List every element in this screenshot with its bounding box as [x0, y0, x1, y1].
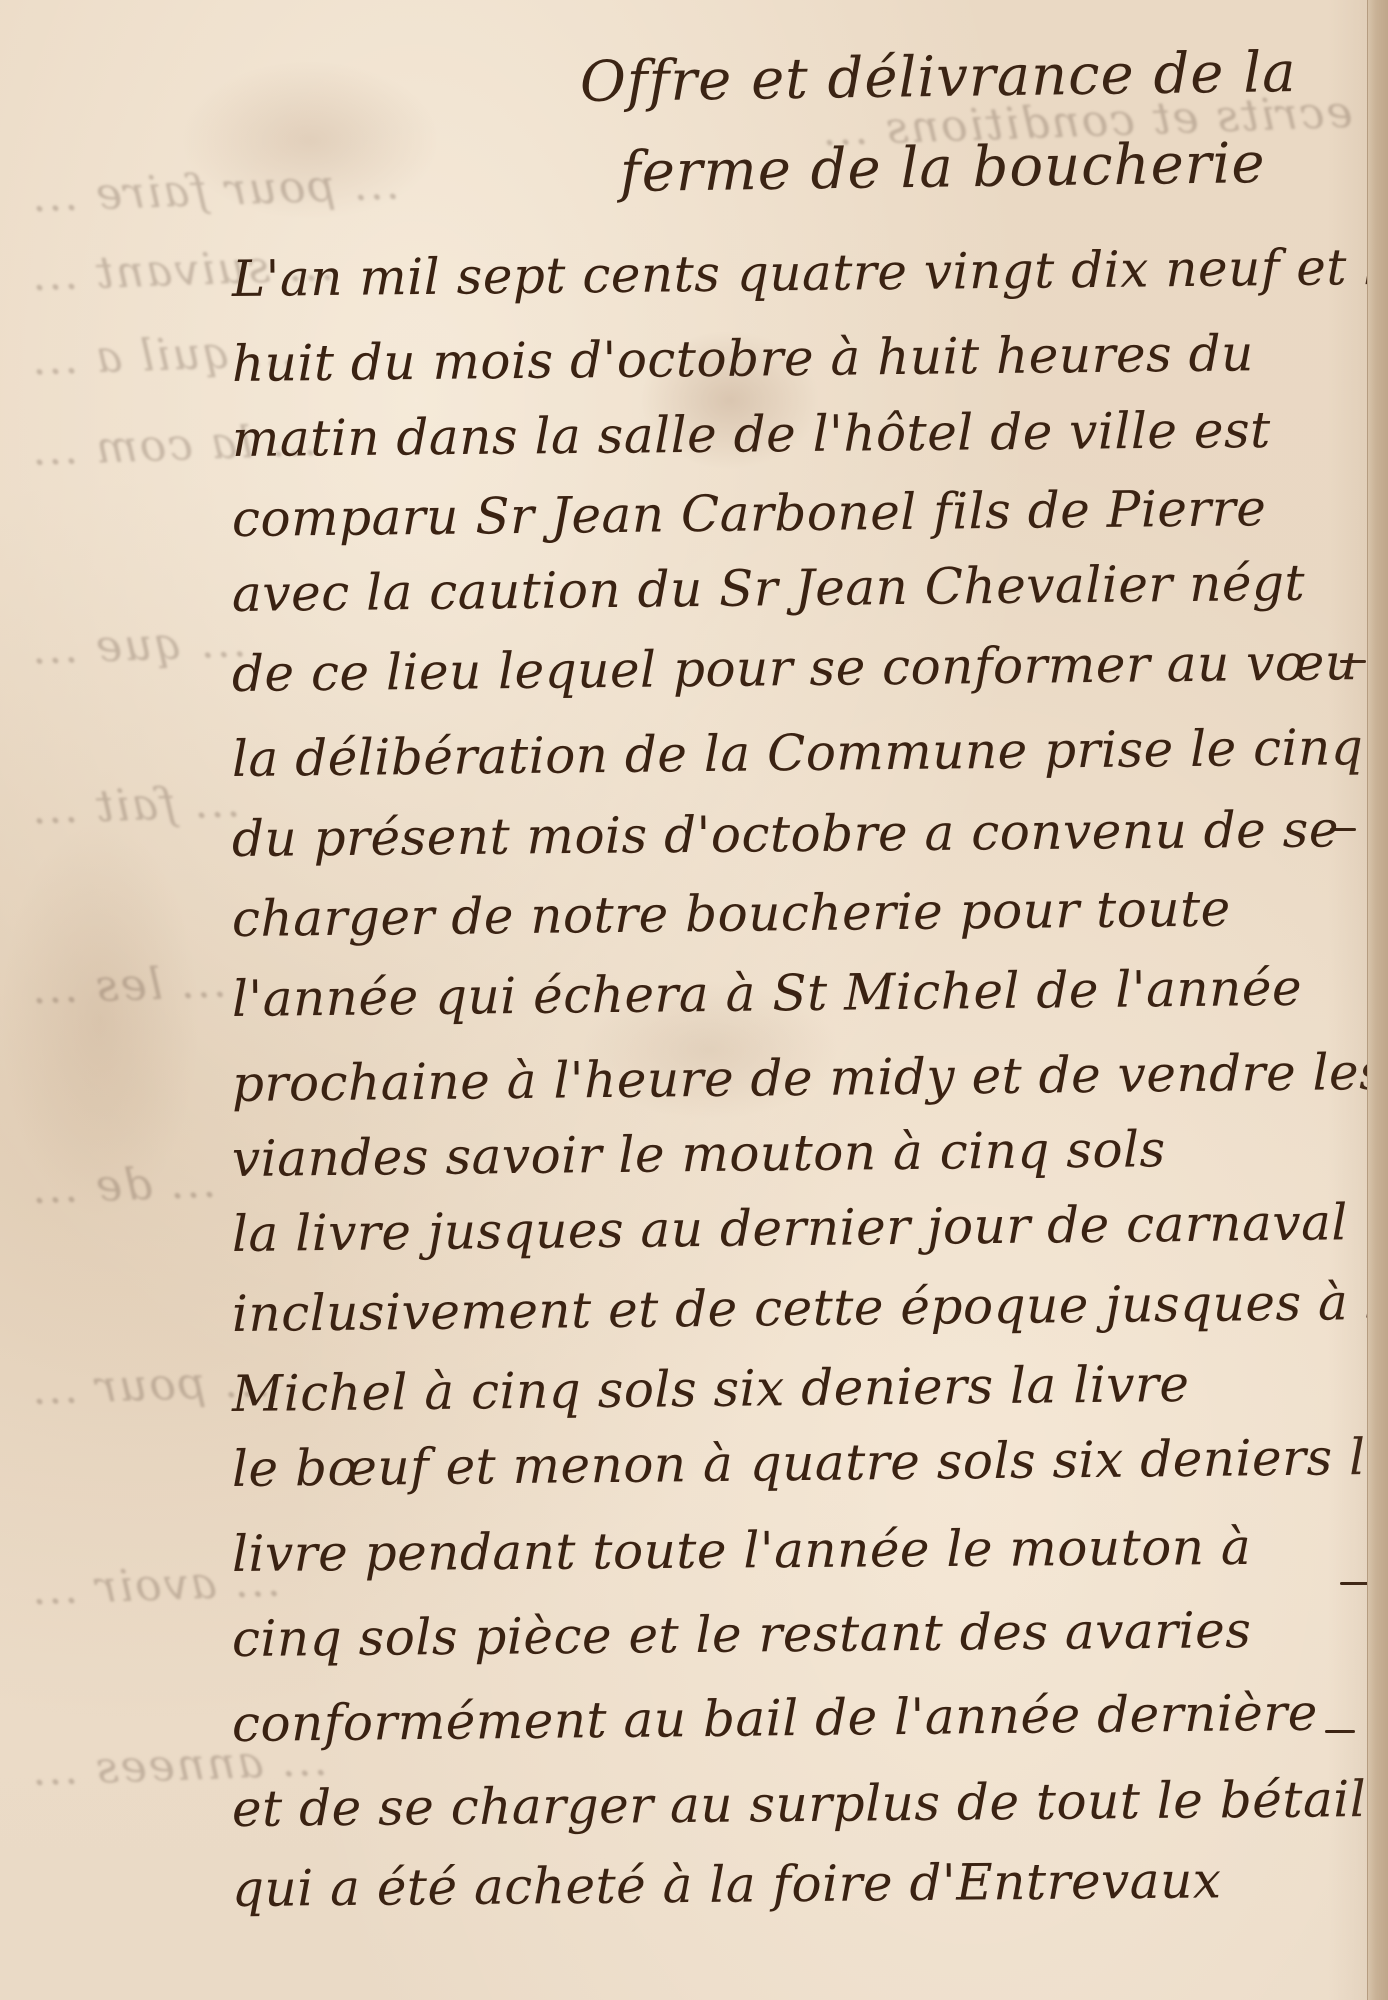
heading-line: Offre et délivrance de la: [580, 40, 1297, 115]
text-line: Michel à cinq sols six deniers la livre: [232, 1355, 1190, 1423]
text-line: du présent mois d'octobre a convenu de s…: [232, 800, 1339, 868]
text-line: matin dans la salle de l'hôtel de ville …: [232, 401, 1271, 468]
text-line: l'année qui échera à St Michel de l'anné…: [232, 959, 1303, 1028]
text-line: conformément au bail de l'année dernière: [232, 1684, 1318, 1753]
text-line: le bœuf et menon à quatre sols six denie…: [232, 1428, 1388, 1498]
text-line: livre pendant toute l'année le mouton à: [232, 1518, 1252, 1583]
text-line: charger de notre boucherie pour toute: [232, 880, 1231, 948]
binding-edge: [1367, 0, 1388, 2000]
heading-line: ferme de la boucherie: [620, 131, 1266, 205]
manuscript-page: ... ecrits et conditions ... ... pour fa…: [0, 0, 1388, 2000]
manuscript-body: Offre et délivrance de la ferme de la bo…: [0, 0, 1388, 2000]
text-line: la délibération de la Commune prise le c…: [232, 718, 1364, 788]
text-line: inclusivement et de cette époque jusques…: [232, 1273, 1388, 1343]
binding-shadow: [1328, 0, 1368, 2000]
text-line: comparu Sr Jean Carbonel fils de Pierre: [232, 479, 1267, 548]
text-line: la livre jusques au dernier jour de carn…: [232, 1193, 1348, 1263]
text-line: de ce lieu lequel pour se conformer au v…: [232, 632, 1388, 703]
text-line: avec la caution du Sr Jean Chevalier nég…: [232, 554, 1306, 623]
text-line: qui a été acheté à la foire d'Entrevaux: [232, 1851, 1222, 1918]
text-line: huit du mois d'octobre à huit heures du: [232, 324, 1254, 393]
text-line: cinq sols pièce et le restant des avarie…: [232, 1601, 1252, 1668]
text-line: prochaine à l'heure de midy et de vendre…: [232, 1043, 1386, 1113]
text-line: viandes savoir le mouton à cinq sols: [232, 1120, 1166, 1188]
text-line: et de se charger au surplus de tout le b…: [232, 1770, 1367, 1838]
text-line: L'an mil sept cents quatre vingt dix neu…: [232, 238, 1388, 308]
